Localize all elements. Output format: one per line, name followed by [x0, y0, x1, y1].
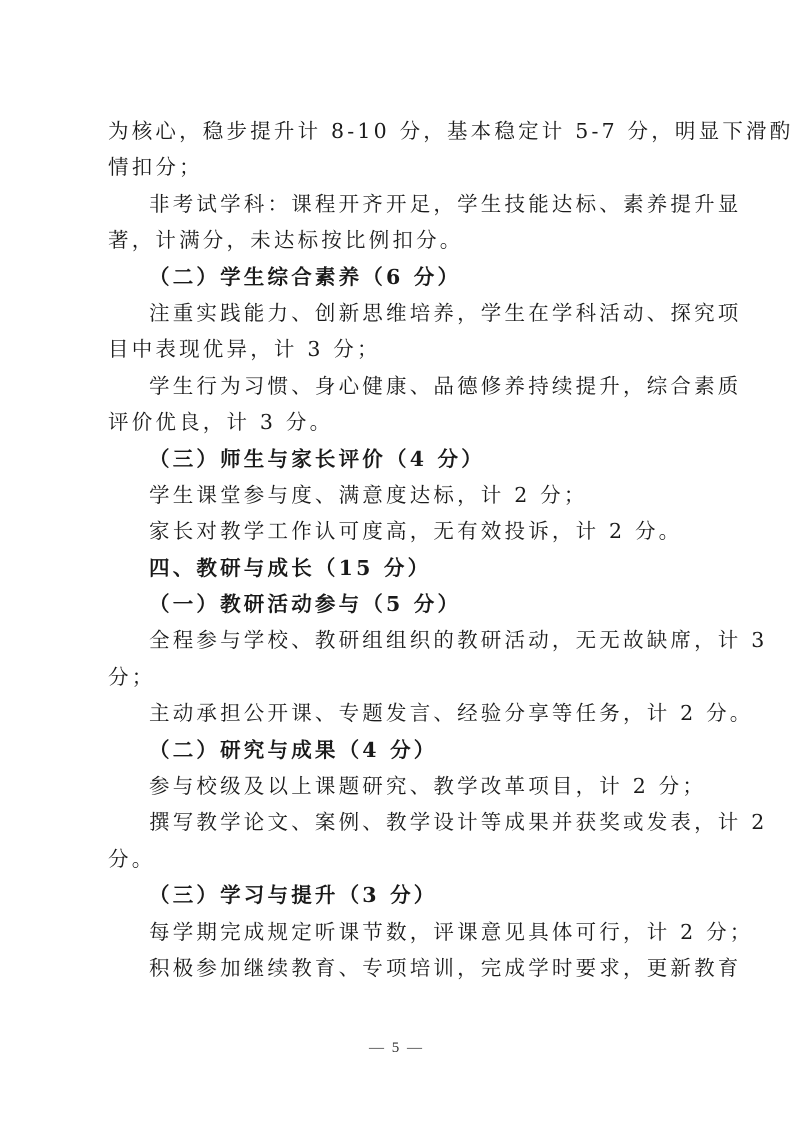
paragraph-continuation: 评价优良，计 3 分。	[108, 404, 688, 440]
document-page: 为核心，稳步提升计 8-10 分，基本稳定计 5-7 分，明显下滑酌 情扣分； …	[108, 113, 688, 986]
paragraph-continuing-education: 积极参加继续教育、专项培训，完成学时要求，更新教育	[108, 950, 688, 986]
paragraph-continuation: 分。	[108, 841, 688, 877]
paragraph-student-behavior: 学生行为习惯、身心健康、品德修养持续提升，综合素质	[108, 368, 688, 404]
paragraph-continuation: 为核心，稳步提升计 8-10 分，基本稳定计 5-7 分，明显下滑酌	[108, 113, 688, 149]
section-heading-student-literacy: （二）学生综合素养（6 分）	[108, 259, 688, 295]
paragraph-continuation: 著，计满分，未达标按比例扣分。	[108, 222, 688, 258]
paragraph-student-participation: 学生课堂参与度、满意度达标，计 2 分；	[108, 477, 688, 513]
paragraph-continuation: 目中表现优异，计 3 分；	[108, 331, 688, 367]
section-heading-research-activities: （一）教研活动参与（5 分）	[108, 586, 688, 622]
section-heading-research-results: （二）研究与成果（4 分）	[108, 732, 688, 768]
paragraph-papers-published: 撰写教学论文、案例、教学设计等成果并获奖或发表，计 2	[108, 804, 688, 840]
section-heading-evaluation: （三）师生与家长评价（4 分）	[108, 441, 688, 477]
paragraph-practice-ability: 注重实践能力、创新思维培养，学生在学科活动、探究项	[108, 295, 688, 331]
paragraph-full-participation: 全程参与学校、教研组组织的教研活动，无无故缺席，计 3	[108, 622, 688, 658]
paragraph-non-exam-subjects: 非考试学科：课程开齐开足，学生技能达标、素养提升显	[108, 186, 688, 222]
paragraph-parent-recognition: 家长对教学工作认可度高，无有效投诉，计 2 分。	[108, 513, 688, 549]
page-number: — 5 —	[0, 1040, 793, 1057]
paragraph-continuation: 分；	[108, 659, 688, 695]
paragraph-continuation: 情扣分；	[108, 149, 688, 185]
paragraph-open-class: 主动承担公开课、专题发言、经验分享等任务，计 2 分。	[108, 695, 688, 731]
paragraph-research-projects: 参与校级及以上课题研究、教学改革项目，计 2 分；	[108, 768, 688, 804]
paragraph-lesson-observation: 每学期完成规定听课节数，评课意见具体可行，计 2 分；	[108, 914, 688, 950]
section-heading-learning-improvement: （三）学习与提升（3 分）	[108, 877, 688, 913]
chapter-heading-research-growth: 四、教研与成长（15 分）	[108, 550, 688, 586]
